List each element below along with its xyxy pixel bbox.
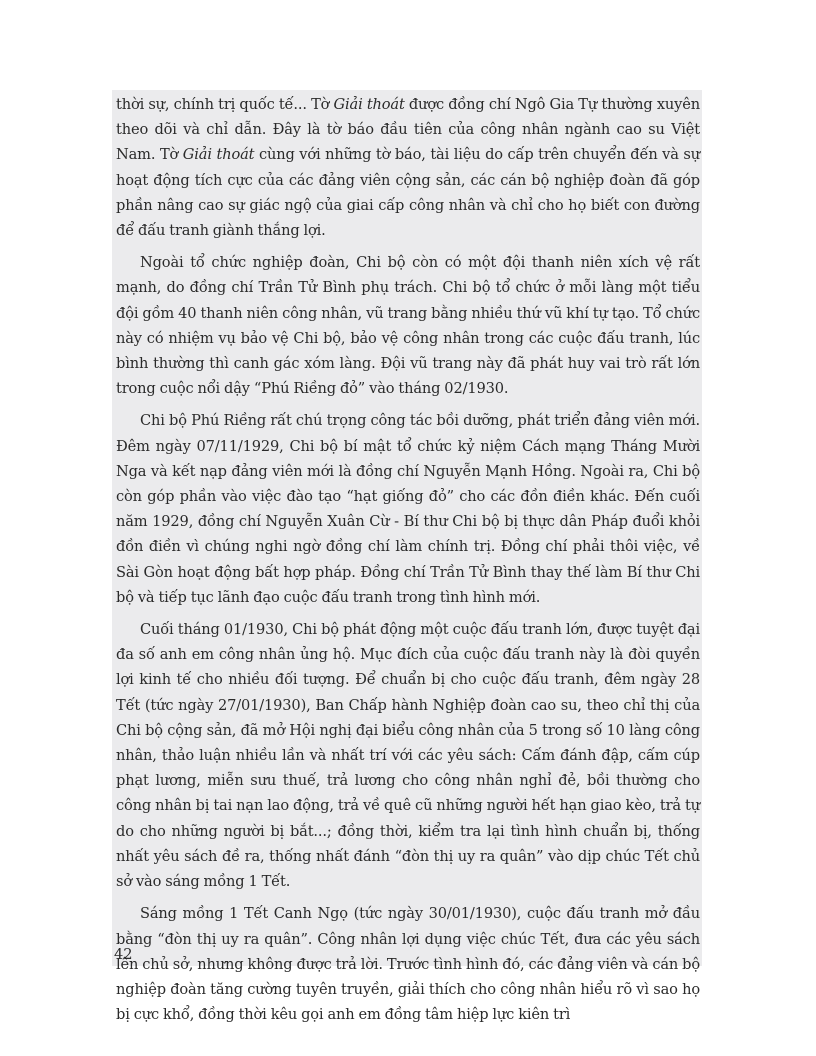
paragraph-5: Sáng mồng 1 Tết Canh Ngọ (tức ngày 30/01… — [116, 901, 700, 1027]
newspaper-title-italic: Giải thoát — [334, 96, 405, 113]
paragraph-2: Ngoài tổ chức nghiệp đoàn, Chi bộ còn có… — [116, 250, 700, 401]
text-segment: thời sự, chính trị quốc tế... Tờ — [116, 96, 334, 113]
paragraph-4: Cuối tháng 01/1930, Chi bộ phát động một… — [116, 617, 700, 894]
paragraph-3: Chi bộ Phú Riềng rất chú trọng công tác … — [116, 408, 700, 610]
text-segment: Chi bộ Phú Riềng rất chú trọng công tác … — [116, 412, 700, 605]
text-segment: Cuối tháng 01/1930, Chi bộ phát động một… — [116, 621, 700, 890]
page-number: 42 — [114, 946, 133, 963]
text-segment: Sáng mồng 1 Tết Canh Ngọ (tức ngày 30/01… — [116, 905, 700, 1023]
paragraph-1: thời sự, chính trị quốc tế... Tờ Giải th… — [116, 92, 700, 243]
text-segment: Ngoài tổ chức nghiệp đoàn, Chi bộ còn có… — [116, 254, 700, 397]
body-text: thời sự, chính trị quốc tế... Tờ Giải th… — [116, 92, 700, 1027]
newspaper-title-italic: Giải thoát — [183, 146, 255, 163]
